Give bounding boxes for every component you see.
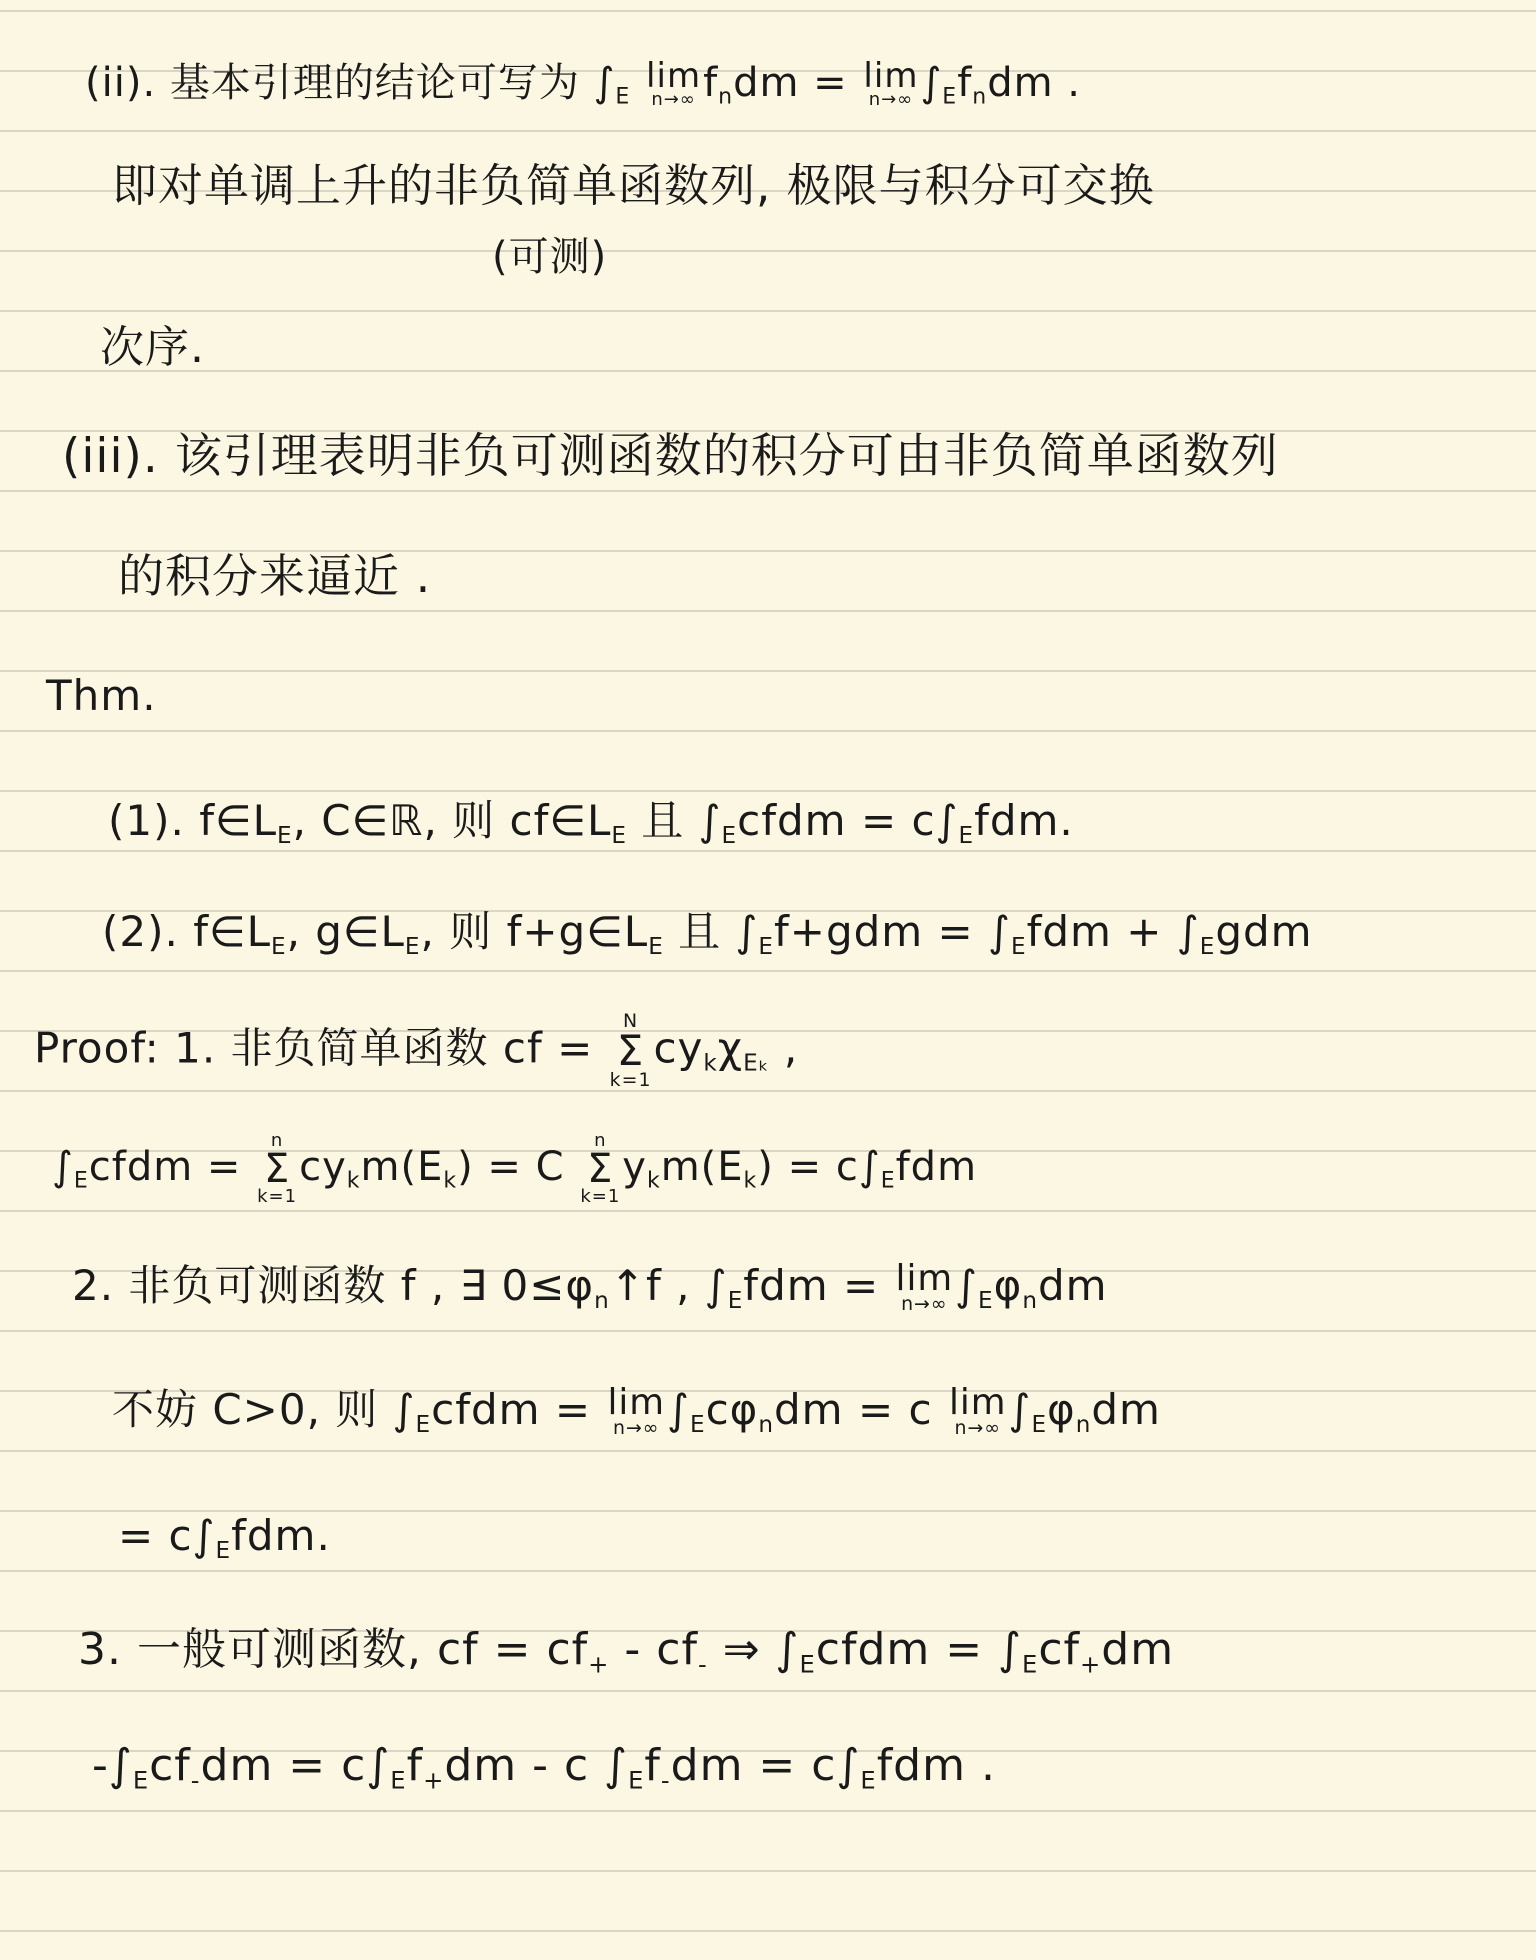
- notebook-page: (ii). 基本引理的结论可写为 ∫E limn→∞fndm = limn→∞∫…: [0, 0, 1536, 1960]
- remark-ii-line-2: 即对单调上升的非负简单函数列, 极限与积分可交换: [112, 158, 1155, 214]
- limit-symbol: limn→∞: [949, 1387, 1007, 1438]
- sum-symbol: nΣk=1: [257, 1132, 297, 1206]
- remark-iii-line-2: 的积分来逼近 .: [118, 548, 431, 606]
- limit-symbol: limn→∞: [607, 1387, 665, 1438]
- inserted-annotation: (可测): [492, 232, 607, 282]
- proof-step-1-equation: ∫Ecfdm = nΣk=1cykm(Ek) = C nΣk=1ykm(Ek) …: [52, 1132, 977, 1206]
- proof-step-3-continued: -∫Ecf-dm = c∫Ef+dm - c ∫Ef-dm = c∫Efdm .: [92, 1738, 996, 1796]
- sum-symbol: nΣk=1: [580, 1132, 620, 1206]
- proof-step-1: Proof: 1. 非负简单函数 cf = NΣk=1cykχEₖ ,: [34, 1012, 798, 1090]
- remark-ii-line-1: (ii). 基本引理的结论可写为 ∫E limn→∞fndm = limn→∞∫…: [85, 58, 1081, 111]
- proof-step-2: 2. 非负可测函数 f , ∃ 0≤φn↑f , ∫Efdm = limn→∞∫…: [72, 1260, 1108, 1316]
- remark-ii-line-3: 次序.: [100, 320, 205, 375]
- proof-step-2-end: = c∫Efdm.: [118, 1510, 331, 1566]
- sum-symbol: NΣk=1: [610, 1012, 652, 1090]
- proof-step-3: 3. 一般可测函数, cf = cf+ - cf- ⇒ ∫Ecfdm = ∫Ec…: [78, 1622, 1174, 1680]
- limit-symbol: limn→∞: [896, 1263, 954, 1314]
- remark-iii-line-1: (iii). 该引理表明非负可测函数的积分可由非负简单函数列: [62, 428, 1279, 487]
- limit-symbol: limn→∞: [646, 61, 701, 110]
- theorem-item-2: (2). f∈LE, g∈LE, 则 f+g∈LE 且 ∫Ef+gdm = ∫E…: [102, 906, 1313, 962]
- limit-symbol: limn→∞: [863, 61, 918, 110]
- theorem-heading: Thm.: [46, 670, 157, 723]
- theorem-item-1: (1). f∈LE, C∈ℝ, 则 cf∈LE 且 ∫Ecfdm = c∫Efd…: [108, 795, 1074, 851]
- proof-step-2-continued: 不妨 C>0, 则 ∫Ecfdm = limn→∞∫Ecφndm = c lim…: [112, 1384, 1161, 1440]
